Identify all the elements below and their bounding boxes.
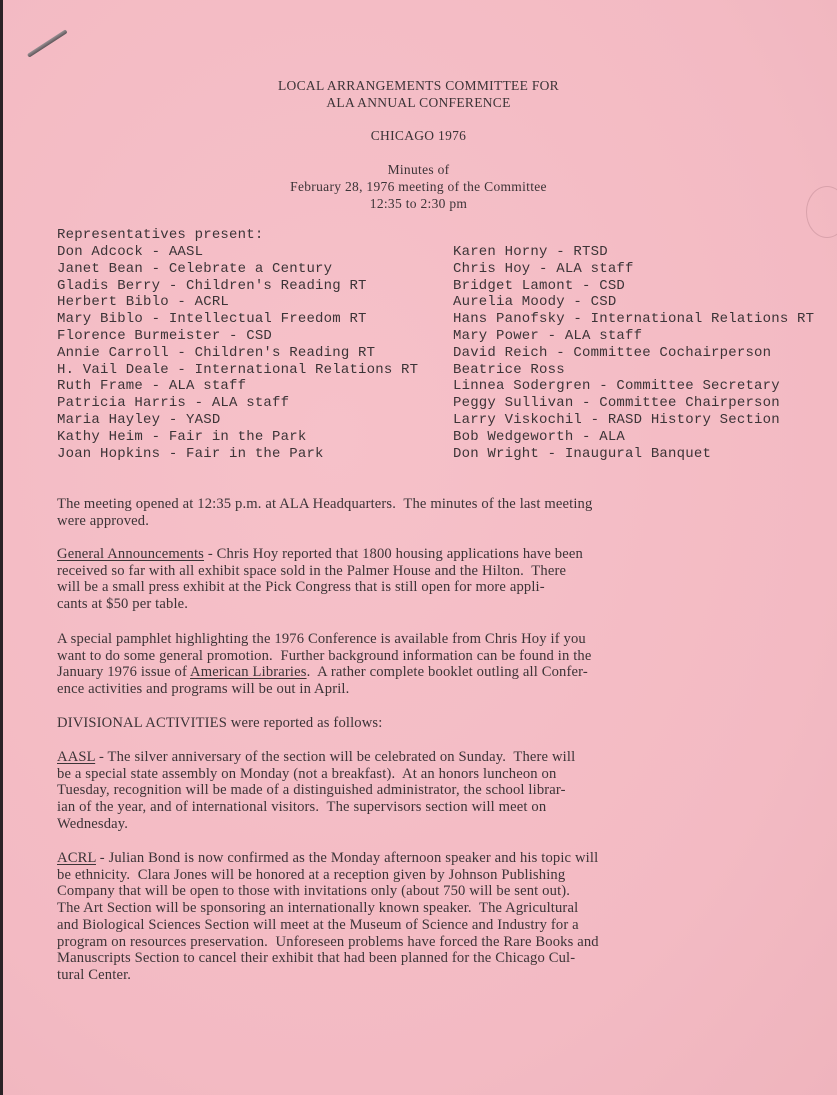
representative-entry: Karen Horny - RTSD [453, 244, 814, 261]
representative-entry: Hans Panofsky - International Relations … [453, 311, 814, 328]
representative-entry: Janet Bean - Celebrate a Century [57, 261, 418, 278]
text-line: . A rather complete booklet outling all … [307, 664, 588, 680]
divisional-heading: DIVISIONAL ACTIVITIES were reported as f… [57, 715, 797, 732]
aasl-heading: AASL [57, 749, 95, 765]
representatives-left-column: Don Adcock - AASLJanet Bean - Celebrate … [57, 244, 418, 462]
representative-entry: Kathy Heim - Fair in the Park [57, 429, 418, 446]
text-line: ian of the year, and of international vi… [57, 799, 797, 816]
representative-entry: Mary Power - ALA staff [453, 328, 814, 345]
representative-entry: David Reich - Committee Cochairperson [453, 345, 814, 362]
text-line: received so far with all exhibit space s… [57, 563, 797, 580]
representative-entry: Annie Carroll - Children's Reading RT [57, 345, 418, 362]
text-line: Wednesday. [57, 816, 797, 833]
pamphlet-paragraph: A special pamphlet highlighting the 1976… [57, 631, 797, 698]
text-line: program on resources preservation. Unfor… [57, 934, 797, 951]
representative-entry: Peggy Sullivan - Committee Chairperson [453, 395, 814, 412]
acrl-heading: ACRL [57, 850, 96, 866]
representative-entry: Mary Biblo - Intellectual Freedom RT [57, 311, 418, 328]
representative-entry: Aurelia Moody - CSD [453, 294, 814, 311]
text-line: Tuesday, recognition will be made of a d… [57, 782, 797, 799]
text-line: - Julian Bond is now confirmed as the Mo… [96, 850, 598, 866]
representatives-title: Representatives present: [57, 227, 263, 243]
location-year: CHICAGO 1976 [0, 128, 837, 144]
meeting-date: February 28, 1976 meeting of the Committ… [0, 179, 837, 195]
meeting-time: 12:35 to 2:30 pm [0, 196, 837, 212]
representative-entry: Don Adcock - AASL [57, 244, 418, 261]
text-line: tural Center. [57, 967, 797, 984]
general-announcements-paragraph: General Announcements - Chris Hoy report… [57, 546, 797, 613]
minutes-label: Minutes of [0, 162, 837, 178]
aasl-paragraph: AASL - The silver anniversary of the sec… [57, 749, 797, 833]
representative-entry: Chris Hoy - ALA staff [453, 261, 814, 278]
representative-entry: Ruth Frame - ALA staff [57, 378, 418, 395]
representative-entry: Beatrice Ross [453, 362, 814, 379]
staple-mark [27, 29, 68, 57]
document-page: LOCAL ARRANGEMENTS COMMITTEE FOR ALA ANN… [0, 0, 837, 1095]
text-line: - The silver anniversary of the section … [95, 749, 575, 765]
committee-title: LOCAL ARRANGEMENTS COMMITTEE FOR [0, 78, 837, 94]
text-line: ence activities and programs will be out… [57, 681, 797, 698]
text-line: The meeting opened at 12:35 p.m. at ALA … [57, 496, 797, 513]
publication-title: American Libraries [190, 664, 307, 680]
text-line: - Chris Hoy reported that 1800 housing a… [204, 546, 583, 562]
conference-title: ALA ANNUAL CONFERENCE [0, 95, 837, 111]
text-line: January 1976 issue of [57, 664, 190, 680]
text-line: be ethnicity. Clara Jones will be honore… [57, 867, 797, 884]
representative-entry: Gladis Berry - Children's Reading RT [57, 278, 418, 295]
text-line: A special pamphlet highlighting the 1976… [57, 631, 797, 648]
representative-entry: Bob Wedgeworth - ALA [453, 429, 814, 446]
representative-entry: H. Vail Deale - International Relations … [57, 362, 418, 379]
representative-entry: Linnea Sodergren - Committee Secretary [453, 378, 814, 395]
representative-entry: Joan Hopkins - Fair in the Park [57, 446, 418, 463]
text-line: Manuscripts Section to cancel their exhi… [57, 950, 797, 967]
text-line: will be a small press exhibit at the Pic… [57, 579, 797, 596]
text-line: were approved. [57, 513, 797, 530]
text-line: want to do some general promotion. Furth… [57, 648, 797, 665]
text-line: cants at $50 per table. [57, 596, 797, 613]
representative-entry: Florence Burmeister - CSD [57, 328, 418, 345]
representative-entry: Patricia Harris - ALA staff [57, 395, 418, 412]
text-line: be a special state assembly on Monday (n… [57, 766, 797, 783]
text-line: The Art Section will be sponsoring an in… [57, 900, 797, 917]
representative-entry: Maria Hayley - YASD [57, 412, 418, 429]
general-announcements-heading: General Announcements [57, 546, 204, 562]
text-line: Company that will be open to those with … [57, 883, 797, 900]
representative-entry: Herbert Biblo - ACRL [57, 294, 418, 311]
representative-entry: Bridget Lamont - CSD [453, 278, 814, 295]
acrl-paragraph: ACRL - Julian Bond is now confirmed as t… [57, 850, 797, 984]
opening-paragraph: The meeting opened at 12:35 p.m. at ALA … [57, 496, 797, 529]
representatives-right-column: Karen Horny - RTSDChris Hoy - ALA staffB… [453, 244, 814, 462]
representative-entry: Larry Viskochil - RASD History Section [453, 412, 814, 429]
representative-entry: Don Wright - Inaugural Banquet [453, 446, 814, 463]
text-line: and Biological Sciences Section will mee… [57, 917, 797, 934]
